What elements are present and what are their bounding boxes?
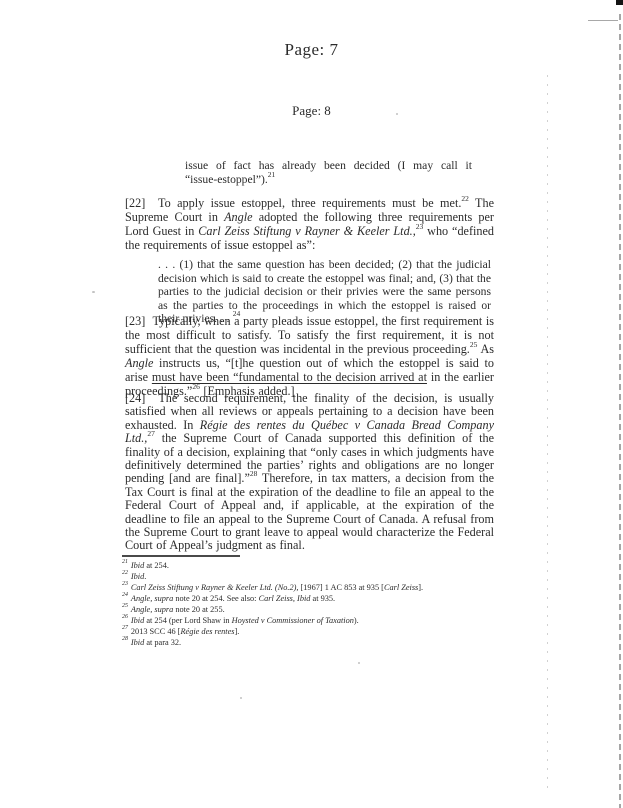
footnote-21: 21Ibid at 254. bbox=[122, 560, 507, 571]
footnote-number: 24 bbox=[122, 592, 128, 598]
footnote-number: 26 bbox=[122, 614, 128, 620]
opening-quote-line-1: issue of fact has already been decided (… bbox=[185, 159, 472, 173]
scan-speck bbox=[240, 697, 242, 699]
scan-corner-mark bbox=[616, 0, 623, 5]
scan-speck bbox=[358, 662, 360, 664]
scanned-document-page: Page: 7 Page: 8 issue of fact has alread… bbox=[0, 0, 623, 808]
opening-quote-line-2: “issue-estoppel”).21 bbox=[185, 173, 472, 187]
footnote-28: 28Ibid at para 32. bbox=[122, 637, 507, 648]
footnote-separator bbox=[122, 555, 240, 557]
footnote-number: 25 bbox=[122, 603, 128, 609]
scan-edge-horizontal-segment bbox=[588, 20, 618, 21]
footnote-22: 22Ibid. bbox=[122, 571, 507, 582]
footnote-26: 26Ibid at 254 (per Lord Shaw in Hoysted … bbox=[122, 615, 507, 626]
paragraph-23: [23] Typically, when a party pleads issu… bbox=[125, 314, 494, 398]
footnote-number: 21 bbox=[122, 559, 128, 565]
page-7-header: Page: 7 bbox=[0, 40, 623, 60]
footnote-23: 23Carl Zeiss Stiftung v Rayner & Keeler … bbox=[122, 582, 507, 593]
footnote-number: 23 bbox=[122, 581, 128, 587]
scan-edge-dashed-line bbox=[619, 14, 621, 808]
footnotes-list: 21Ibid at 254.22Ibid.23Carl Zeiss Stiftu… bbox=[122, 560, 507, 648]
opening-quote-block: issue of fact has already been decided (… bbox=[185, 159, 472, 186]
footnote-25: 25Angle, supra note 20 at 255. bbox=[122, 604, 507, 615]
page-8-header: Page: 8 bbox=[0, 103, 623, 119]
scan-speck bbox=[92, 291, 95, 293]
paragraph-24: [24] The second requirement, the finalit… bbox=[125, 392, 494, 553]
footnote-number: 27 bbox=[122, 625, 128, 631]
scan-dotted-line bbox=[547, 75, 548, 795]
paragraph-22: [22] To apply issue estoppel, three requ… bbox=[125, 196, 494, 252]
footnote-27: 272013 SCC 46 [Régie des rentes]. bbox=[122, 626, 507, 637]
footnote-number: 22 bbox=[122, 570, 128, 576]
footnote-24: 24Angle, supra note 20 at 254. See also:… bbox=[122, 593, 507, 604]
footnote-number: 28 bbox=[122, 636, 128, 642]
